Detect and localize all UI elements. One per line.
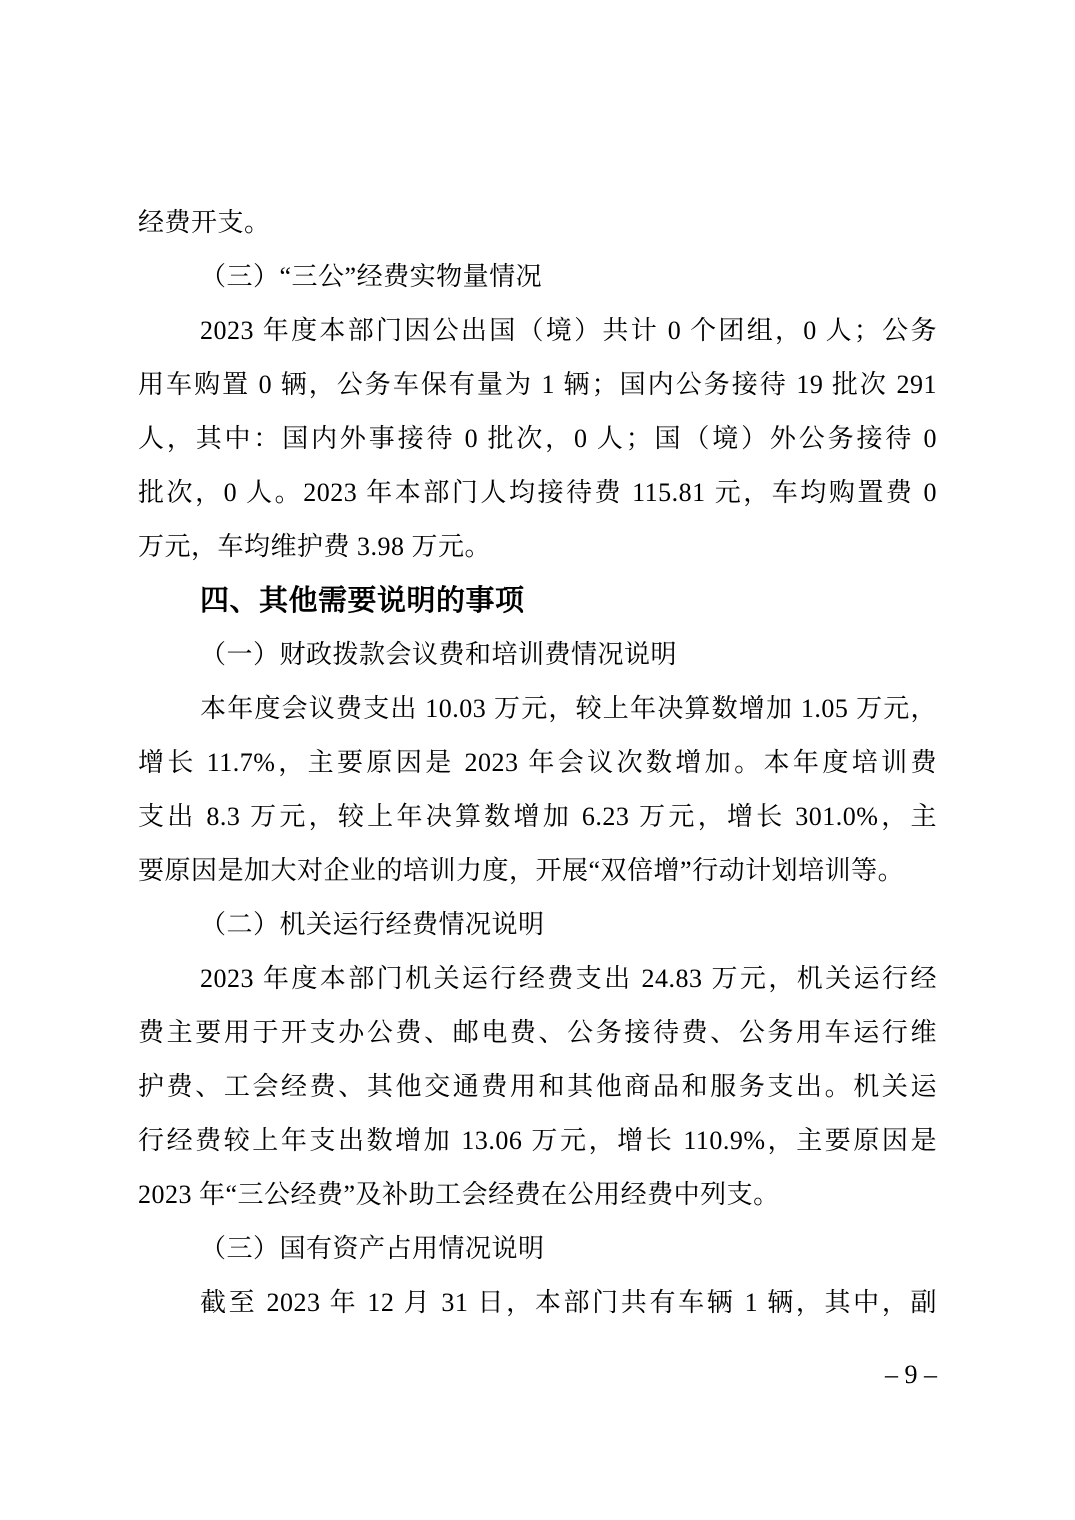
- body-line: 支出 8.3 万元，较上年决算数增加 6.23 万元，增长 301.0%，主: [138, 790, 937, 844]
- body-line: 护费、工会经费、其他交通费用和其他商品和服务支出。机关运: [138, 1060, 937, 1114]
- document-page: 经费开支。 （三）“三公”经费实物量情况 2023 年度本部门因公出国（境）共计…: [0, 0, 1075, 1520]
- body-line: 人，其中：国内外事接待 0 批次，0 人；国（境）外公务接待 0: [138, 412, 937, 466]
- subsection-heading: （一）财政拨款会议费和培训费情况说明: [138, 628, 937, 682]
- body-line: 万元，车均维护费 3.98 万元。: [138, 520, 937, 574]
- page-number: – 9 –: [885, 1358, 937, 1392]
- body-line: 经费开支。: [138, 196, 937, 250]
- body-line: 2023 年“三公经费”及补助工会经费在公用经费中列支。: [138, 1168, 937, 1222]
- section-heading: 四、其他需要说明的事项: [138, 574, 937, 628]
- document-body: 经费开支。 （三）“三公”经费实物量情况 2023 年度本部门因公出国（境）共计…: [138, 196, 937, 1330]
- body-line: 截至 2023 年 12 月 31 日，本部门共有车辆 1 辆，其中，副: [138, 1276, 937, 1330]
- subsection-heading: （二）机关运行经费情况说明: [138, 898, 937, 952]
- body-line: 2023 年度本部门因公出国（境）共计 0 个团组，0 人；公务: [138, 304, 937, 358]
- subsection-heading: （三）国有资产占用情况说明: [138, 1222, 937, 1276]
- body-line: 增长 11.7%，主要原因是 2023 年会议次数增加。本年度培训费: [138, 736, 937, 790]
- subsection-heading: （三）“三公”经费实物量情况: [138, 250, 937, 304]
- body-line: 行经费较上年支出数增加 13.06 万元，增长 110.9%，主要原因是: [138, 1114, 937, 1168]
- body-line: 2023 年度本部门机关运行经费支出 24.83 万元，机关运行经: [138, 952, 937, 1006]
- body-line: 本年度会议费支出 10.03 万元，较上年决算数增加 1.05 万元，: [138, 682, 937, 736]
- body-line: 费主要用于开支办公费、邮电费、公务接待费、公务用车运行维: [138, 1006, 937, 1060]
- body-line: 用车购置 0 辆，公务车保有量为 1 辆；国内公务接待 19 批次 291: [138, 358, 937, 412]
- body-line: 批次，0 人。2023 年本部门人均接待费 115.81 元，车均购置费 0: [138, 466, 937, 520]
- body-line: 要原因是加大对企业的培训力度，开展“双倍增”行动计划培训等。: [138, 844, 937, 898]
